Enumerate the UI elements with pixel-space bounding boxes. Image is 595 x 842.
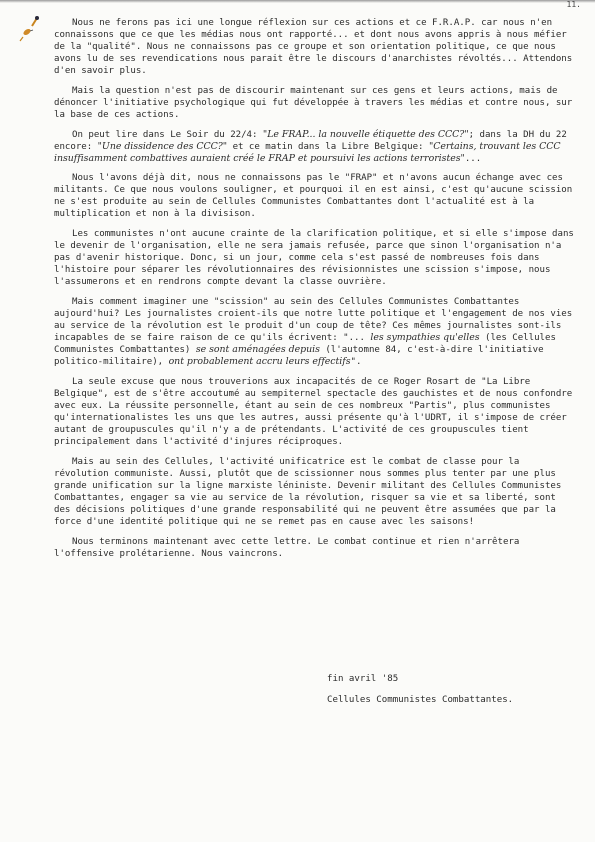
quoted-text: les sympathies qu'elles — [370, 332, 479, 343]
paragraph: Nous ne ferons pas ici une longue réflex… — [54, 17, 574, 77]
text-run: Nous l'avons déjà dit, nous ne connaisso… — [54, 173, 572, 219]
text-run: ". — [351, 357, 362, 367]
text-run: Mais la question n'est pas de discourir … — [54, 86, 572, 120]
quoted-text: se sont aménagées depuis — [196, 344, 320, 355]
quoted-text: ont probablement accru leurs effectifs — [169, 356, 351, 367]
paragraph: Mais la question n'est pas de discourir … — [54, 85, 574, 121]
paragraph: Mais au sein des Cellules, l'activité un… — [54, 456, 574, 529]
paragraph: La seule excuse que nous trouverions aux… — [54, 376, 574, 449]
quoted-text: "Une dissidence des CCC?" — [98, 141, 227, 152]
scan-edge-shadow — [0, 0, 595, 3]
paragraph: Nous terminons maintenant avec cette let… — [54, 536, 574, 560]
staple-rust-mark-icon — [16, 14, 42, 44]
page-number: 11. — [567, 0, 581, 9]
letter-body: Nous ne ferons pas ici une longue réflex… — [54, 17, 574, 567]
text-run: Mais au sein des Cellules, l'activité un… — [54, 457, 561, 527]
text-run: Les communistes n'ont aucune crainte de … — [54, 229, 574, 287]
paragraph: On peut lire dans Le Soir du 22/4: "Le F… — [54, 129, 574, 165]
signature-date: fin avril '85 — [327, 674, 398, 684]
quoted-text: "Le FRAP... la nouvelle étiquette des CC… — [263, 129, 469, 140]
text-run: et ce matin dans la Libre Belgique: — [227, 142, 429, 152]
text-run: ... — [465, 154, 481, 164]
signature-organization: Cellules Communistes Combattantes. — [327, 695, 513, 705]
text-run: La seule excuse que nous trouverions aux… — [54, 377, 572, 447]
paragraph: Mais comment imaginer une "scission" au … — [54, 296, 574, 369]
paragraph: Les communistes n'ont aucune crainte de … — [54, 228, 574, 288]
text-run: On peut lire dans Le Soir du 22/4: — [72, 130, 263, 140]
text-run: Nous terminons maintenant avec cette let… — [54, 537, 519, 559]
text-run: Nous ne ferons pas ici une longue réflex… — [54, 18, 572, 76]
paragraph: Nous l'avons déjà dit, nous ne connaisso… — [54, 172, 574, 220]
